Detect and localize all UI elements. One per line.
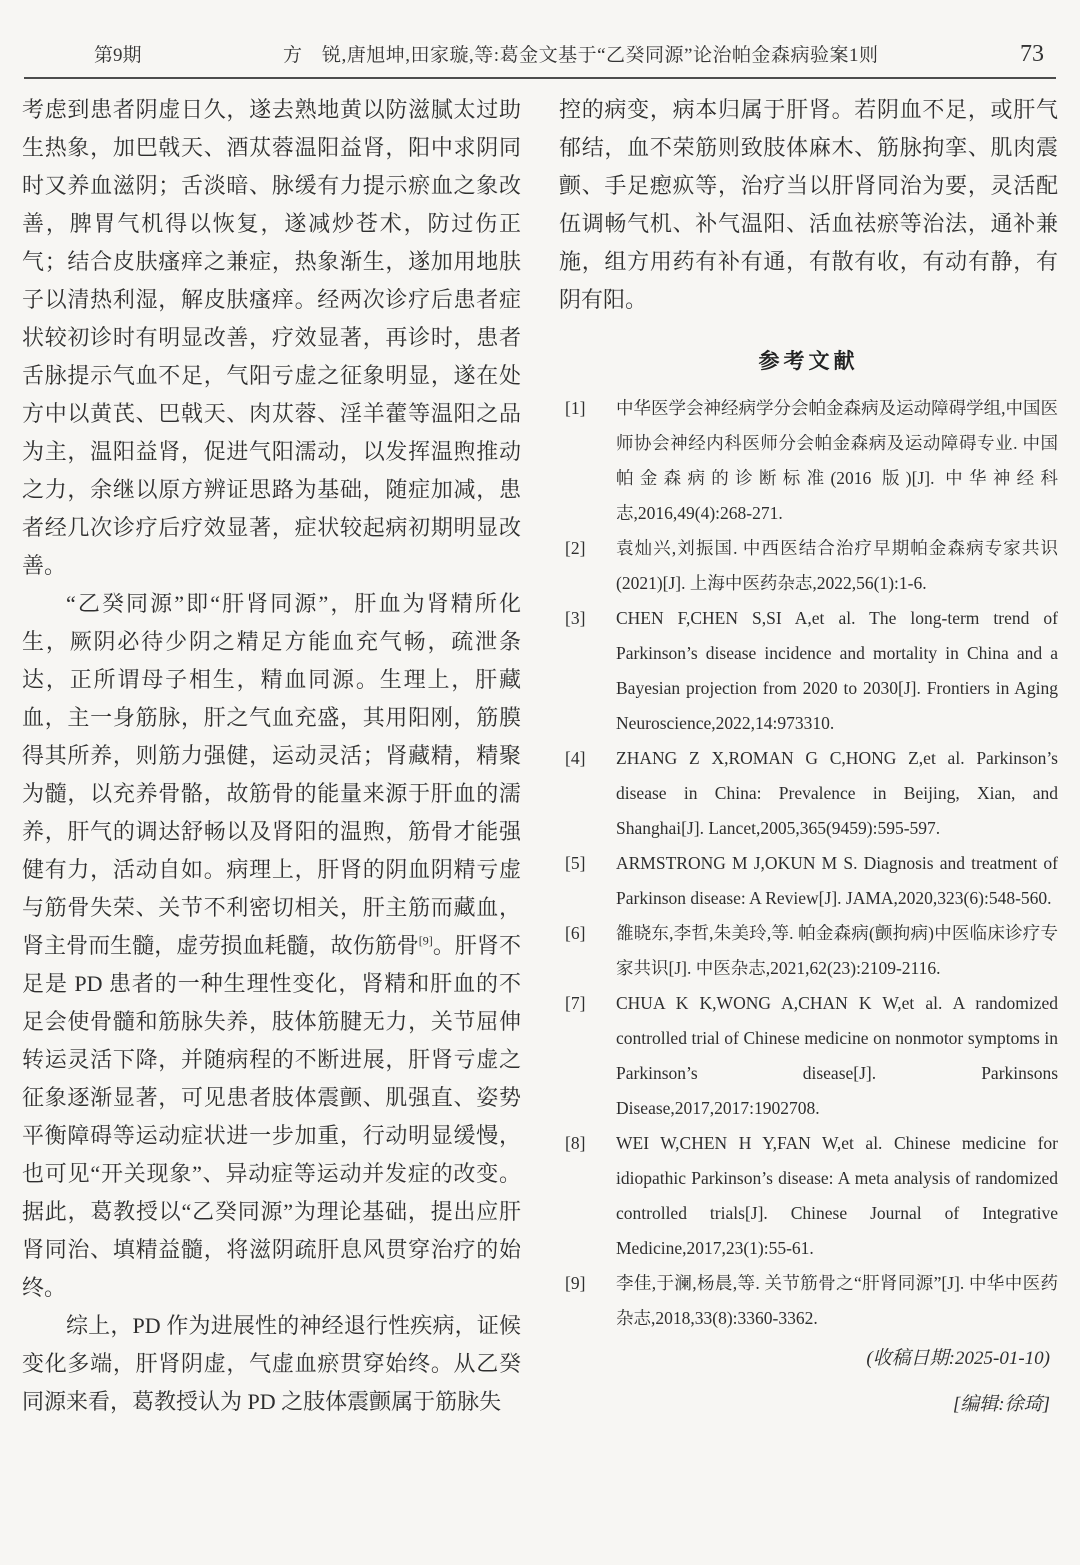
reference-text: 中华医学会神经病学分会帕金森病及运动障碍学组,中国医师协会神经内科医师分会帕金森… <box>616 398 1058 523</box>
reference-item: [7]CHUA K K,WONG A,CHAN K W,et al. A ran… <box>559 986 1058 1126</box>
reference-number: [4] <box>565 741 585 776</box>
reference-item: [3]CHEN F,CHEN S,SI A,et al. The long-te… <box>559 601 1058 741</box>
reference-item: [8]WEI W,CHEN H Y,FAN W,et al. Chinese m… <box>559 1126 1058 1266</box>
issue-label: 第9期 <box>94 40 142 67</box>
reference-number: [9] <box>565 1266 585 1301</box>
citation-superscript: [9] <box>419 934 433 948</box>
reference-item: [6]雒晓东,李哲,朱美玲,等. 帕金森病(颤拘病)中医临床诊疗专家共识[J].… <box>559 916 1058 986</box>
running-title: 方 锐,唐旭坤,田家璇,等:葛金文基于“乙癸同源”论治帕金森病验案1则 <box>142 40 1020 67</box>
reference-item: [2]袁灿兴,刘振国. 中西医结合治疗早期帕金森病专家共识(2021)[J]. … <box>559 531 1058 601</box>
body-paragraph: 考虑到患者阴虚日久，遂去熟地黄以防滋腻太过助生热象，加巴戟天、酒苁蓉温阳益肾，阳… <box>22 91 521 585</box>
body-paragraph: 控的病变，病本归属于肝肾。若阴血不足，或肝气郁结，血不荣筋则致肢体麻木、筋脉拘挛… <box>559 91 1058 319</box>
reference-text: CHUA K K,WONG A,CHAN K W,et al. A random… <box>616 993 1058 1118</box>
editor-line: [编辑:徐琦] <box>559 1382 1058 1428</box>
reference-item: [1]中华医学会神经病学分会帕金森病及运动障碍学组,中国医师协会神经内科医师分会… <box>559 391 1058 531</box>
received-date-line: (收稿日期:2025-01-10) <box>559 1336 1058 1382</box>
reference-number: [3] <box>565 601 585 636</box>
journal-page: 第9期 方 锐,唐旭坤,田家璇,等:葛金文基于“乙癸同源”论治帕金森病验案1则 … <box>0 0 1080 1565</box>
page-number: 73 <box>1020 41 1044 68</box>
reference-text: ZHANG Z X,ROMAN G C,HONG Z,et al. Parkin… <box>616 748 1058 838</box>
article-body: 考虑到患者阴虚日久，遂去熟地黄以防滋腻太过助生热象，加巴戟天、酒苁蓉温阳益肾，阳… <box>0 79 1080 1428</box>
reference-text: 袁灿兴,刘振国. 中西医结合治疗早期帕金森病专家共识(2021)[J]. 上海中… <box>616 538 1058 593</box>
reference-item: [9]李佳,于澜,杨晨,等. 关节筋骨之“肝肾同源”[J]. 中华中医药杂志,2… <box>559 1266 1058 1336</box>
reference-item: [5]ARMSTRONG M J,OKUN M S. Diagnosis and… <box>559 846 1058 916</box>
right-column: 控的病变，病本归属于肝肾。若阴血不足，或肝气郁结，血不荣筋则致肢体麻木、筋脉拘挛… <box>559 91 1058 1428</box>
reference-text: 李佳,于澜,杨晨,等. 关节筋骨之“肝肾同源”[J]. 中华中医药杂志,2018… <box>616 1273 1058 1328</box>
reference-number: [7] <box>565 986 585 1021</box>
body-paragraph: 综上，PD 作为进展性的神经退行性疾病，证候变化多端，肝肾阴虚，气虚血瘀贯穿始终… <box>22 1307 521 1421</box>
left-column: 考虑到患者阴虚日久，遂去熟地黄以防滋腻太过助生热象，加巴戟天、酒苁蓉温阳益肾，阳… <box>22 91 521 1428</box>
reference-text: ARMSTRONG M J,OKUN M S. Diagnosis and tr… <box>616 853 1058 908</box>
reference-number: [8] <box>565 1126 585 1161</box>
references-list: [1]中华医学会神经病学分会帕金森病及运动障碍学组,中国医师协会神经内科医师分会… <box>559 391 1058 1336</box>
body-paragraph: “乙癸同源”即“肝肾同源”，肝血为肾精所化生，厥阴必待少阴之精足方能血充气畅，疏… <box>22 585 521 1307</box>
references-heading: 参考文献 <box>559 345 1058 375</box>
reference-text: CHEN F,CHEN S,SI A,et al. The long-term … <box>616 608 1058 733</box>
reference-number: [2] <box>565 531 585 566</box>
reference-text: WEI W,CHEN H Y,FAN W,et al. Chinese medi… <box>616 1133 1058 1258</box>
right-column-text: 控的病变，病本归属于肝肾。若阴血不足，或肝气郁结，血不荣筋则致肢体麻木、筋脉拘挛… <box>559 91 1058 319</box>
reference-item: [4]ZHANG Z X,ROMAN G C,HONG Z,et al. Par… <box>559 741 1058 846</box>
reference-number: [6] <box>565 916 585 951</box>
reference-text: 雒晓东,李哲,朱美玲,等. 帕金森病(颤拘病)中医临床诊疗专家共识[J]. 中医… <box>616 923 1058 978</box>
reference-number: [1] <box>565 391 585 426</box>
reference-number: [5] <box>565 846 585 881</box>
page-header: 第9期 方 锐,唐旭坤,田家璇,等:葛金文基于“乙癸同源”论治帕金森病验案1则 … <box>0 0 1080 68</box>
